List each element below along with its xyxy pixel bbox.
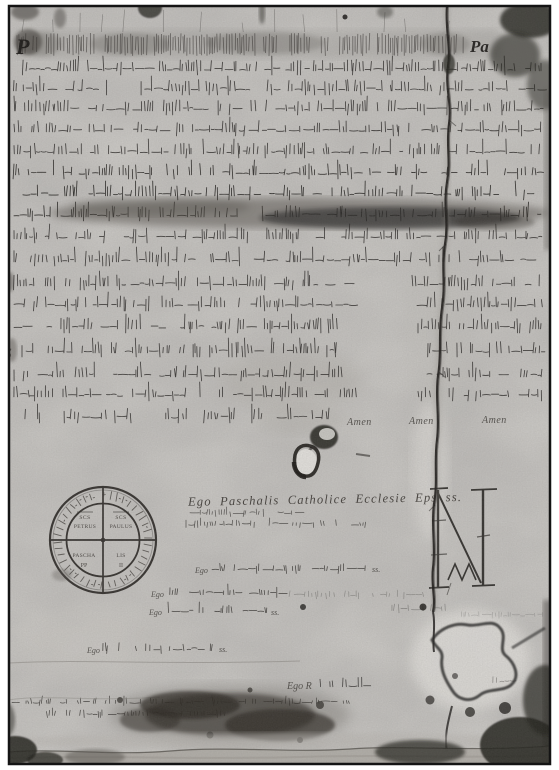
manuscript-photo: P Pa S Amen Amen Amen Ego Paschalis Cath… [0,0,559,770]
photo-grain [9,6,550,764]
scanned-page: P Pa S Amen Amen Amen Ego Paschalis Cath… [0,0,559,770]
